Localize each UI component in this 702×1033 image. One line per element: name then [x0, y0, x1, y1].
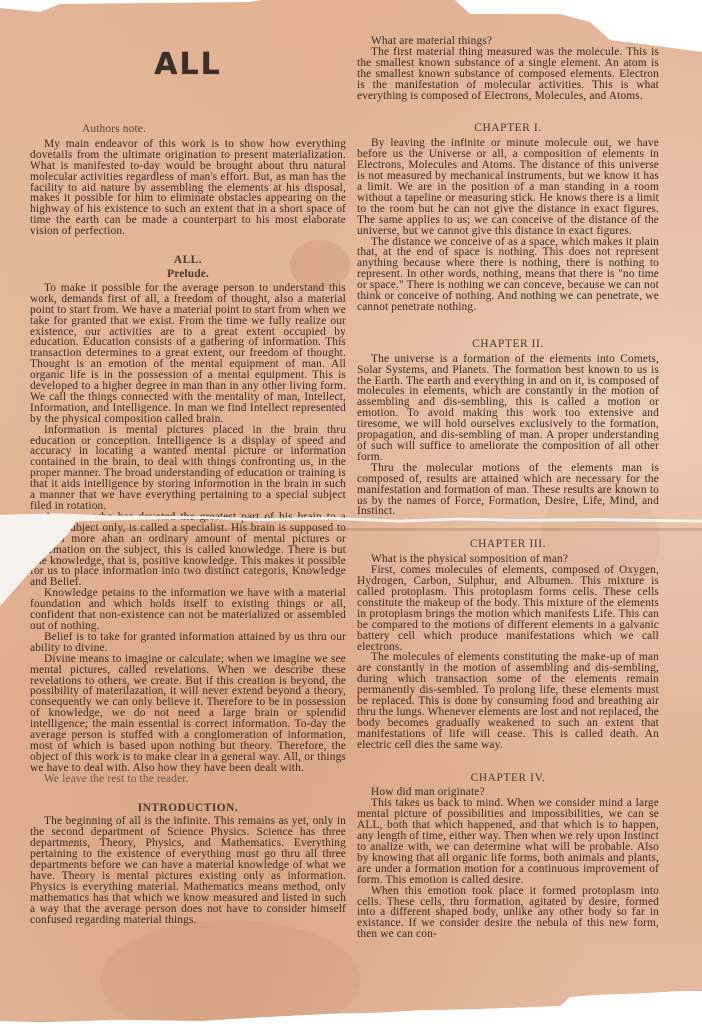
prelude-paragraph: Information is mental pictures placed in…: [30, 425, 346, 512]
chapter-heading: CHAPTER IV.: [357, 773, 659, 784]
chapter-2: CHAPTER II. The universe is a formation …: [357, 339, 659, 518]
chapter-heading: CHAPTER II.: [357, 339, 659, 350]
prelude-paragraph: To make it possible for the average pers…: [30, 283, 346, 425]
document-title: ALL: [30, 50, 346, 80]
prelude-paragraph: We leave the rest to the reader.: [30, 774, 346, 785]
fold-crease: [0, 528, 702, 531]
left-column: ALL Authors note. My main endeavor of th…: [30, 40, 346, 926]
chapter-paragraph: When this emotion took place it formed p…: [357, 886, 659, 941]
chapter-paragraph: This takes us back to mind. When we cons…: [357, 798, 659, 885]
prelude-paragraph: Divine means to imagine or calculate; wh…: [30, 654, 346, 774]
intro-text: The first material thing measured was th…: [357, 47, 659, 102]
chapter-3: CHAPTER III. What is the physical sompos…: [357, 539, 659, 750]
introduction-heading: INTRODUCTION.: [30, 803, 346, 814]
authors-note-label: Authors note.: [30, 124, 346, 135]
chapter-1: CHAPTER I. By leaving the infinite or mi…: [357, 123, 659, 312]
chapter-paragraph: By leaving the infinite or minute molecu…: [357, 138, 659, 236]
prelude-paragraph: Knowledge petains to the information we …: [30, 588, 346, 632]
authors-note-text: My main endeavor of this work is to show…: [30, 139, 346, 237]
right-column: What are material things? The first mate…: [357, 36, 659, 940]
chapter-paragraph: First, comes molecules of elements, comp…: [357, 565, 659, 652]
chapter-4: CHAPTER IV. How did man originate? This …: [357, 773, 659, 941]
chapter-heading: CHAPTER I.: [357, 123, 659, 134]
chapter-paragraph: The distance we conceive of as a space, …: [357, 237, 659, 313]
prelude-heading: Prelude.: [30, 269, 346, 280]
section-heading: ALL.: [30, 255, 346, 266]
introduction-text: The beginning of all is the infinite. Th…: [30, 816, 346, 925]
chapter-paragraph: The molecules of elements constituting t…: [357, 652, 659, 750]
chapter-paragraph: Thru the molecular motions of the elemen…: [357, 463, 659, 518]
prelude-paragraph: A person who has devoted the greatest pa…: [30, 512, 346, 588]
prelude-paragraph: Belief is to take for granted informatio…: [30, 632, 346, 654]
chapter-paragraph: The universe is a formation of the eleme…: [357, 354, 659, 463]
chapter-heading: CHAPTER III.: [357, 539, 659, 550]
